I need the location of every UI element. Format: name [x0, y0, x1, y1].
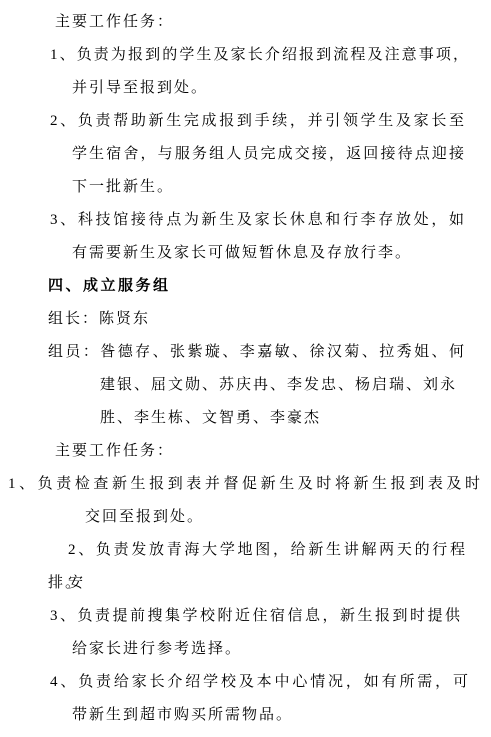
task-line: 2、负责发放青海大学地图，给新生讲解两天的行程安: [0, 534, 491, 567]
task-line: 2、负责帮助新生完成报到手续，并引领学生及家长至: [0, 105, 491, 138]
tasks-header: 主要工作任务：: [0, 6, 491, 39]
section-heading: 四、成立服务组: [0, 270, 491, 303]
group-members-line: 组员：昝德存、张紫璇、李嘉敏、徐汉菊、拉秀姐、何: [0, 336, 491, 369]
task-line: 排。: [0, 567, 491, 600]
group-members-line: 建银、屈文勋、苏庆冉、李发忠、杨启瑞、刘永: [0, 369, 491, 402]
document-page: 主要工作任务： 1、负责为报到的学生及家长介绍报到流程及注意事项， 并引导至报到…: [0, 0, 491, 737]
task-line: 1、负责为报到的学生及家长介绍报到流程及注意事项，: [0, 39, 491, 72]
task-line: 4、负责给家长介绍学校及本中心情况，如有所需，可: [0, 666, 491, 699]
task-line: 3、负责提前搜集学校附近住宿信息，新生报到时提供: [0, 600, 491, 633]
task-line: 给家长进行参考选择。: [0, 633, 491, 666]
task-line: 带新生到超市购买所需物品。: [0, 699, 491, 732]
task-line: 下一批新生。: [0, 171, 491, 204]
task-line: 1、负责检查新生报到表并督促新生及时将新生报到表及时: [0, 468, 491, 501]
task-line: 学生宿舍，与服务组人员完成交接，返回接待点迎接: [0, 138, 491, 171]
group-leader-line: 组长：陈贤东: [0, 303, 491, 336]
task-line: 3、科技馆接待点为新生及家长休息和行李存放处，如: [0, 204, 491, 237]
task-line: 交回至报到处。: [0, 501, 491, 534]
tasks-header: 主要工作任务：: [0, 435, 491, 468]
task-line: 并引导至报到处。: [0, 72, 491, 105]
group-members-line: 胜、李生栋、文智勇、李豪杰: [0, 402, 491, 435]
task-line: 有需要新生及家长可做短暂休息及存放行李。: [0, 237, 491, 270]
